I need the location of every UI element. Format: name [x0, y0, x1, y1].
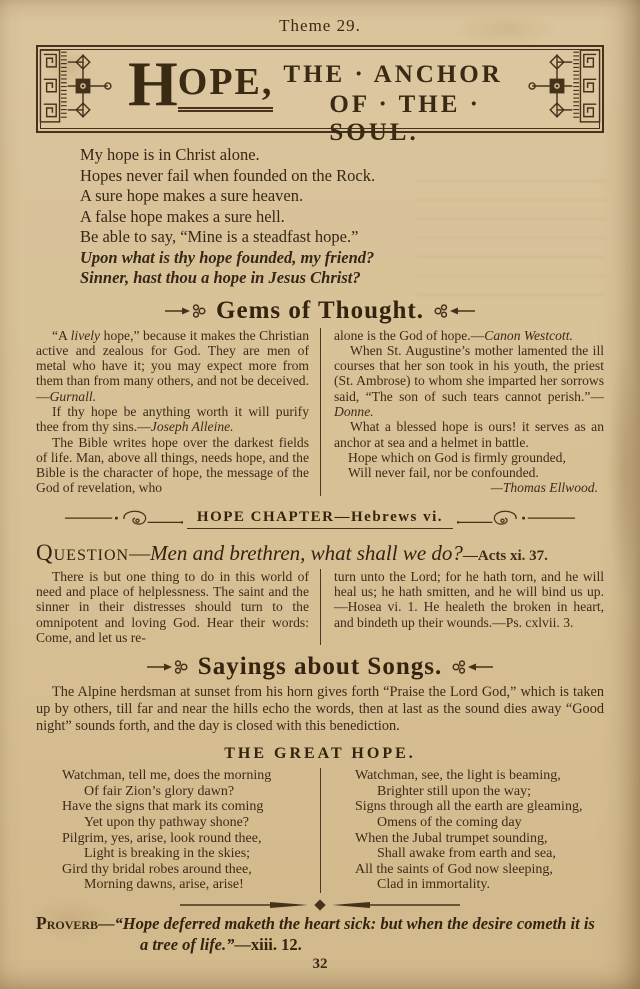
- emphasis: lively: [71, 328, 100, 343]
- author-credit: Gurnall.: [50, 389, 96, 404]
- author-credit: —Thomas Ellwood.: [491, 480, 598, 495]
- hymn-line: Watchman, see, the light is beaming,: [355, 768, 604, 784]
- greek-key-ornament-icon: [513, 48, 601, 124]
- gems-heading: Gems of Thought.: [36, 297, 604, 325]
- hymn-line: Omens of the coming day: [355, 815, 604, 831]
- question-heading: Question—Men and brethren, what shall we…: [36, 540, 604, 566]
- paragraph: There is but one thing to do in this wor…: [36, 569, 309, 645]
- scroll-flourish-icon: [457, 506, 575, 532]
- text-run: When St. Augustine’s mother lamented the…: [334, 343, 604, 404]
- paragraph: When St. Augustine’s mother lamented the…: [334, 343, 604, 419]
- intro-line: A sure hope makes a sure heaven.: [80, 186, 604, 207]
- hymn-left-column: Watchman, tell me, does the morning Of f…: [36, 768, 320, 893]
- couplet-line: Hope which on God is firmly grounded,: [334, 450, 604, 465]
- author-credit: Joseph Alleine.: [151, 419, 234, 434]
- proverb: Proverb—“Hope deferred maketh the heart …: [36, 913, 604, 955]
- hymn-columns: Watchman, tell me, does the morning Of f…: [36, 768, 604, 893]
- title-banner: H OPE, THE · ANCHOR OF · THE · SOUL.: [36, 45, 604, 133]
- question-label: Question: [36, 540, 129, 565]
- hymn-line: Brighter still upon the way;: [355, 784, 604, 800]
- banner-title: H OPE, THE · ANCHOR OF · THE · SOUL.: [128, 47, 512, 131]
- hymn-line: Signs through all the earth are gleaming…: [355, 799, 604, 815]
- paragraph: “A lively hope,” because it makes the Ch…: [36, 328, 309, 404]
- hymn-line: Gird thy bridal robes around thee,: [62, 862, 314, 878]
- sayings-heading: Sayings about Songs.: [36, 653, 604, 681]
- paragraph: turn unto the Lord; for he hath torn, an…: [334, 569, 604, 630]
- intro-line: Be able to say, “Mine is a steadfast hop…: [80, 227, 604, 248]
- sayings-heading-text: Sayings about Songs.: [198, 653, 442, 681]
- scroll-flourish-icon: [65, 506, 183, 532]
- hymn-title: THE GREAT HOPE.: [36, 745, 604, 763]
- hymn-line: Of fair Zion’s glory dawn?: [62, 784, 314, 800]
- intro-line: Hopes never fail when founded on the Roc…: [80, 166, 604, 187]
- gems-left-column: “A lively hope,” because it makes the Ch…: [36, 328, 320, 496]
- scripture-reference: —Acts xi. 37.: [463, 548, 548, 564]
- proverb-label: Proverb: [36, 913, 98, 933]
- arrow-diamond-divider-icon: [170, 899, 470, 911]
- hymn-line: Morning dawns, arise, arise!: [62, 877, 314, 893]
- chapter-ribbon: HOPE CHAPTER—Hebrews vi.: [36, 506, 604, 532]
- intro-line-italic: Sinner, hast thou a hope in Jesus Christ…: [80, 268, 604, 289]
- sayings-paragraph: The Alpine herdsman at sunset from his h…: [36, 684, 604, 735]
- banner-subtitle: THE · ANCHOR OF · THE · SOUL.: [283, 61, 512, 147]
- gems-heading-text: Gems of Thought.: [216, 297, 424, 325]
- attribution: —Thomas Ellwood.: [334, 480, 604, 495]
- chapter-ribbon-label: HOPE CHAPTER—Hebrews vi.: [187, 509, 453, 529]
- question-columns: There is but one thing to do in this wor…: [36, 569, 604, 645]
- page-number: 32: [0, 956, 640, 973]
- banner-word-hope: H OPE,: [128, 55, 273, 114]
- arrow-fleuron-icon: [432, 302, 476, 320]
- title-word-rest: OPE,: [178, 60, 274, 112]
- author-credit: Canon Westcott.: [484, 328, 573, 343]
- proverb-reference: —xiii. 12.: [234, 935, 301, 954]
- hymn-line: Yet upon thy pathway shone?: [62, 815, 314, 831]
- hymn-line: All the saints of God now sleeping,: [355, 862, 604, 878]
- banner-subtitle-line2: OF · THE · SOUL.: [283, 91, 512, 147]
- hymn-line: When the Jubal trumpet sounding,: [355, 831, 604, 847]
- question-left-column: There is but one thing to do in this wor…: [36, 569, 320, 645]
- gems-right-column: alone is the God of hope.—Canon Westcott…: [320, 328, 604, 496]
- banner-subtitle-line1: THE · ANCHOR: [283, 61, 512, 89]
- intro-list: My hope is in Christ alone. Hopes never …: [80, 145, 604, 289]
- paper-stain: [602, 300, 640, 640]
- intro-line: My hope is in Christ alone.: [80, 145, 604, 166]
- hymn-line: Clad in immortality.: [355, 877, 604, 893]
- gems-columns: “A lively hope,” because it makes the Ch…: [36, 328, 604, 496]
- text-run: “A: [52, 328, 71, 343]
- hymn-line: Watchman, tell me, does the morning: [62, 768, 314, 784]
- hymn-line: Shall awake from earth and sea,: [355, 846, 604, 862]
- paragraph: If thy hope be anything worth it will pu…: [36, 404, 309, 435]
- intro-line-italic: Upon what is thy hope founded, my friend…: [80, 248, 604, 269]
- text-run: alone is the God of hope.—: [334, 328, 484, 343]
- proverb-quote: “Hope deferred maketh the heart sick: bu…: [115, 914, 595, 954]
- couplet-line: Will never fail, nor be confounded.: [334, 465, 604, 480]
- intro-line: A false hope makes a sure hell.: [80, 207, 604, 228]
- title-drop-cap: H: [128, 55, 178, 114]
- author-credit: Donne.: [334, 404, 374, 419]
- arrow-fleuron-icon: [164, 302, 208, 320]
- paragraph: What a blessed hope is ours! it serves a…: [334, 419, 604, 450]
- paragraph: The Bible writes hope over the darkest f…: [36, 435, 309, 496]
- hymn-line: Light is breaking in the skies;: [62, 846, 314, 862]
- hymn-right-column: Watchman, see, the light is beaming, Bri…: [320, 768, 604, 893]
- hymn-line: Have the signs that mark its coming: [62, 799, 314, 815]
- greek-key-ornament-icon: [39, 48, 127, 124]
- dash: —: [129, 541, 150, 565]
- book-page: Theme 29. H OPE,: [0, 0, 640, 989]
- question-text: Men and brethren, what shall we do?: [150, 541, 463, 565]
- hymn-line: Pilgrim, yes, arise, look round thee,: [62, 831, 314, 847]
- dash: —: [98, 914, 115, 933]
- paragraph: alone is the God of hope.—Canon Westcott…: [334, 328, 604, 343]
- arrow-fleuron-icon: [450, 658, 494, 676]
- theme-heading: Theme 29.: [36, 16, 604, 36]
- question-right-column: turn unto the Lord; for he hath torn, an…: [320, 569, 604, 645]
- arrow-fleuron-icon: [146, 658, 190, 676]
